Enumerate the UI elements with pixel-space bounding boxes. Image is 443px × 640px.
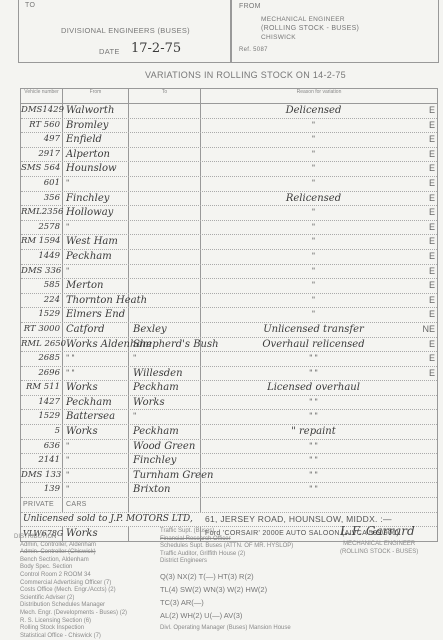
vehicle-number: 2696 <box>21 367 63 381</box>
from-cell: Peckham <box>63 396 129 410</box>
vehicle-number: 1427 <box>21 396 63 410</box>
from-cell: " " <box>63 367 129 381</box>
to-cell <box>129 206 201 220</box>
district-codes: Q(3) NX(2) T(—) HT(3) R(2)TL(4) SW(2) WN… <box>160 570 293 622</box>
to-cell: Peckham <box>129 381 201 395</box>
from-cell: Holloway <box>63 206 129 220</box>
table-row: 5WorksPeckham" repaint <box>21 425 437 440</box>
code-badge: E <box>429 119 435 133</box>
reason-text: " <box>201 250 426 264</box>
code-badge: E <box>429 294 435 308</box>
to-value: DIVISIONAL ENGINEERS (BUSES) <box>61 26 190 35</box>
code-badge: NE <box>422 323 435 337</box>
ref-number: Ref. 5087 <box>239 47 268 53</box>
reason-cell: "E <box>201 235 437 249</box>
to-label: TO <box>25 2 35 9</box>
table-row: 636"Wood Green" " <box>21 440 437 455</box>
signature-title-line-1: MECHANICAL ENGINEER <box>340 541 418 549</box>
reason-cell: " " <box>201 396 437 410</box>
table-row: 356FinchleyRelicensedE <box>21 192 437 207</box>
table-row: 224Thornton Heath"E <box>21 294 437 309</box>
vehicle-number: 356 <box>21 192 63 206</box>
code-badge: E <box>429 104 435 118</box>
from-cell: " " <box>63 352 129 366</box>
distribution-item: Control Room 2 ROOM 34 <box>20 572 127 580</box>
reason-cell: "E <box>201 206 437 220</box>
code-badge: E <box>429 352 435 366</box>
from-cell: " <box>63 454 129 468</box>
reason-text: " " <box>201 483 426 497</box>
table-row: 1529Elmers End"E <box>21 308 437 323</box>
to-cell: " <box>129 352 201 366</box>
code-badge: E <box>429 250 435 264</box>
col-reason: Reason for variation <box>201 89 437 103</box>
reason-text: " " <box>201 367 426 381</box>
table-row: DMS1429WalworthDelicensedE <box>21 104 437 119</box>
table-body: DMS1429WalworthDelicensedERT 560Bromley"… <box>21 104 437 498</box>
to-cell <box>129 148 201 162</box>
reason-cell: "E <box>201 162 437 176</box>
date-value: 17-2-75 <box>131 41 181 56</box>
table-row: RT 560Bromley"E <box>21 119 437 134</box>
table-row: 139"Brixton" " <box>21 483 437 498</box>
vehicle-number: RT 560 <box>21 119 63 133</box>
to-cell <box>129 221 201 235</box>
vehicle-number: 497 <box>21 133 63 147</box>
reason-text: " repaint <box>201 425 426 439</box>
table-row: 601""E <box>21 177 437 192</box>
to-cell <box>129 308 201 322</box>
vehicle-number: 585 <box>21 279 63 293</box>
vehicle-number: 1449 <box>21 250 63 264</box>
distribution-item: Traffic Supt. (Buses) <box>160 528 293 536</box>
to-cell: Turnham Green <box>129 469 201 483</box>
district-code-line: AL(2) WH(2) U(—) AV(3) <box>160 609 293 622</box>
from-cell: " <box>63 221 129 235</box>
reason-cell: Overhaul relicensedE <box>201 338 437 352</box>
code-badge: E <box>429 192 435 206</box>
distribution-item: Statistical Office - Chiswick (7) <box>20 633 127 640</box>
from-cell: Walworth <box>63 104 129 118</box>
reason-text: " <box>201 148 426 162</box>
code-badge: E <box>429 162 435 176</box>
distribution-item: Mech. Engr. (Developments - Buses) (2) <box>20 610 127 618</box>
reason-text: " <box>201 119 426 133</box>
reason-text: " <box>201 294 426 308</box>
vehicle-number: 5 <box>21 425 63 439</box>
to-cell <box>129 265 201 279</box>
from-cell: Merton <box>63 279 129 293</box>
reason-cell: " " <box>201 454 437 468</box>
vehicle-number: DMS 336 <box>21 265 63 279</box>
reason-text: Unlicensed transfer <box>201 323 426 337</box>
date-label: DATE <box>99 47 120 56</box>
from-line-3: CHISWICK <box>261 33 296 42</box>
cars-label: CARS <box>63 498 129 512</box>
vehicle-number: DMS 133 <box>21 469 63 483</box>
to-cell: Bexley <box>129 323 201 337</box>
to-cell: Brixton <box>129 483 201 497</box>
reason-text: " <box>201 177 426 191</box>
distribution-item: Commercial Advertising Officer (7) <box>20 580 127 588</box>
code-badge: E <box>429 265 435 279</box>
reason-text: " <box>201 133 426 147</box>
reason-text: Overhaul relicensed <box>201 338 426 352</box>
distribution-list: Admin, Controller, AldenhamAdmin. Contro… <box>14 542 127 640</box>
reason-cell: "E <box>201 148 437 162</box>
distribution-item: District Engineers <box>160 558 293 566</box>
reason-text: " <box>201 279 426 293</box>
reason-text: Delicensed <box>201 104 426 118</box>
signature-title-line-2: (ROLLING STOCK - BUSES) <box>340 549 418 557</box>
reason-text: " " <box>201 440 426 454</box>
sold-text: Unlicensed sold to J.P. MOTORS LTD, <box>23 513 193 527</box>
distribution-item: Bench Section, Aldenham <box>20 557 127 565</box>
vehicle-number: 1529 <box>21 308 63 322</box>
table-row: DMS 336""E <box>21 265 437 280</box>
reason-text: Licensed overhaul <box>201 381 426 395</box>
vehicle-number: 2141 <box>21 454 63 468</box>
reason-text: " <box>201 235 426 249</box>
table-row: 585Merton"E <box>21 279 437 294</box>
reason-cell: "E <box>201 250 437 264</box>
reason-text: " <box>201 221 426 235</box>
vehicle-number: 636 <box>21 440 63 454</box>
vehicle-number: 139 <box>21 483 63 497</box>
distribution-item: Admin. Controller (Chiswick) <box>20 549 127 557</box>
reason-cell: "E <box>201 308 437 322</box>
vehicle-number: 1529 <box>21 410 63 424</box>
from-cell: Elmers End <box>63 308 129 322</box>
distribution-item: R. S. Licensing Section (6) <box>20 618 127 626</box>
from-cell: Works <box>63 425 129 439</box>
code-badge: E <box>429 367 435 381</box>
from-cell: Bromley <box>63 119 129 133</box>
from-cell: " <box>63 177 129 191</box>
vehicle-number: RML 2650 <box>21 338 63 352</box>
table-row: 2917Alperton"E <box>21 148 437 163</box>
reason-text: " <box>201 265 426 279</box>
to-cell <box>129 177 201 191</box>
reason-text: " " <box>201 469 426 483</box>
from-cell: Hounslow <box>63 162 129 176</box>
from-label: FROM <box>239 3 261 10</box>
from-cell: Catford <box>63 323 129 337</box>
vehicle-number: RML2356 <box>21 206 63 220</box>
reason-cell: RelicensedE <box>201 192 437 206</box>
table-row: 497Enfield"E <box>21 133 437 148</box>
distribution-item: Schedules Supt. Buses (ATTN. OF MR. HYSL… <box>160 543 293 551</box>
vehicle-number: 2578 <box>21 221 63 235</box>
from-cell: Finchley <box>63 192 129 206</box>
to-cell <box>129 119 201 133</box>
code-badge: E <box>429 279 435 293</box>
table-row: SMS 564Hounslow"E <box>21 162 437 177</box>
distribution-item: Admin, Controller, Aldenham <box>20 542 127 550</box>
table-header: Vehicle number From To Reason for variat… <box>21 89 437 104</box>
district-code-line: TC(3) AR(—) <box>160 596 293 609</box>
distribution-item: Costs Office (Mech. Engr./Accts) (2) <box>20 587 127 595</box>
vehicle-number: DMS1429 <box>21 104 63 118</box>
from-cell: West Ham <box>63 235 129 249</box>
reason-text: " <box>201 206 426 220</box>
vehicle-number: 2685 <box>21 352 63 366</box>
to-cell: Finchley <box>129 454 201 468</box>
vehicle-number: 224 <box>21 294 63 308</box>
code-badge: E <box>429 221 435 235</box>
distribution-list-right: Traffic Supt. (Buses)Financial Research … <box>160 528 293 566</box>
table-row: 1427PeckhamWorks" " <box>21 396 437 411</box>
to-cell <box>129 133 201 147</box>
to-box: TO DIVISIONAL ENGINEERS (BUSES) DATE 17-… <box>18 0 232 63</box>
from-cell: " <box>63 469 129 483</box>
distribution-footer: Divl. Operating Manager (Buses) Mansion … <box>160 625 293 633</box>
code-badge: E <box>429 338 435 352</box>
table-row: DMS 133"Turnham Green" " <box>21 469 437 484</box>
from-cell: Works Aldenham <box>63 338 129 352</box>
from-cell: Works <box>63 381 129 395</box>
to-cell <box>129 162 201 176</box>
document-title: VARIATIONS IN ROLLING STOCK ON 14-2-75 <box>145 70 346 80</box>
to-cell: Works <box>129 396 201 410</box>
reason-cell: "E <box>201 119 437 133</box>
from-cell: Thornton Heath <box>63 294 129 308</box>
to-cell: " <box>129 410 201 424</box>
reason-cell: "E <box>201 294 437 308</box>
code-badge: E <box>429 148 435 162</box>
reason-text: " " <box>201 396 426 410</box>
reason-text: " " <box>201 454 426 468</box>
vehicle-number: 601 <box>21 177 63 191</box>
reason-cell: " " <box>201 483 437 497</box>
code-badge: E <box>429 133 435 147</box>
table-row: RM 1594West Ham"E <box>21 235 437 250</box>
from-cell: Enfield <box>63 133 129 147</box>
reason-cell: " repaint <box>201 425 437 439</box>
table-row: RML2356Holloway"E <box>21 206 437 221</box>
from-cell: " <box>63 483 129 497</box>
to-cell <box>129 192 201 206</box>
private-label: PRIVATE <box>21 498 63 512</box>
reason-cell: Licensed overhaul <box>201 381 437 395</box>
distribution-right: Traffic Supt. (Buses)Financial Research … <box>160 528 293 633</box>
to-cell: Shepherd's Bush <box>129 338 201 352</box>
table-row: 1449Peckham"E <box>21 250 437 265</box>
reason-cell: " " <box>201 469 437 483</box>
distribution-item: Body Spec. Section <box>20 564 127 572</box>
signature: L.F. Garrard <box>340 524 415 538</box>
distribution-item: Financial Research Officer <box>160 536 293 544</box>
reason-text: " <box>201 162 426 176</box>
reason-cell: Unlicensed transferNE <box>201 323 437 337</box>
reason-text: " <box>201 308 426 322</box>
col-to: To <box>129 89 201 103</box>
district-code-line: Q(3) NX(2) T(—) HT(3) R(2) <box>160 570 293 583</box>
from-cell: Alperton <box>63 148 129 162</box>
to-cell <box>129 294 201 308</box>
reason-cell: "E <box>201 221 437 235</box>
variations-table: Vehicle number From To Reason for variat… <box>20 88 438 542</box>
code-badge: E <box>429 308 435 322</box>
reason-cell: "E <box>201 279 437 293</box>
vehicle-number: RM 511 <box>21 381 63 395</box>
to-cell: Wood Green <box>129 440 201 454</box>
vehicle-number: RT 3000 <box>21 323 63 337</box>
distribution-item: Rolling Stock Inspection <box>20 625 127 633</box>
to-cell: Willesden <box>129 367 201 381</box>
from-cell: " <box>63 265 129 279</box>
reason-cell: "E <box>201 265 437 279</box>
table-row: 2685" """ "E <box>21 352 437 367</box>
table-row: RML 2650Works AldenhamShepherd's BushOve… <box>21 338 437 353</box>
from-cell: Battersea <box>63 410 129 424</box>
reason-cell: "E <box>201 133 437 147</box>
reason-cell: " "E <box>201 367 437 381</box>
vehicle-number: SMS 564 <box>21 162 63 176</box>
empty-cell <box>201 498 437 512</box>
table-row: 2578""E <box>21 221 437 236</box>
table-row: 1529Battersea"" " <box>21 410 437 425</box>
distribution-item: Traffic Auditor, Griffith House (2) <box>160 551 293 559</box>
to-cell <box>129 235 201 249</box>
table-row: RM 511WorksPeckhamLicensed overhaul <box>21 381 437 396</box>
distribution-item: Distribution Schedules Manager <box>20 602 127 610</box>
table-row: RT 3000CatfordBexleyUnlicensed transferN… <box>21 323 437 338</box>
code-badge: E <box>429 177 435 191</box>
to-cell <box>129 104 201 118</box>
to-cell: Peckham <box>129 425 201 439</box>
col-vehicle: Vehicle number <box>21 89 63 103</box>
code-badge: E <box>429 235 435 249</box>
from-line-1: MECHANICAL ENGINEER <box>261 15 345 24</box>
reason-cell: " " <box>201 410 437 424</box>
reason-cell: "E <box>201 177 437 191</box>
distribution-item: Scientific Adviser (2) <box>20 595 127 603</box>
vehicle-number: 2917 <box>21 148 63 162</box>
table-row: 2696" "Willesden" "E <box>21 367 437 382</box>
reason-text: Relicensed <box>201 192 426 206</box>
from-line-2: (ROLLING STOCK - BUSES) <box>261 24 359 33</box>
from-cell: Peckham <box>63 250 129 264</box>
to-cell <box>129 279 201 293</box>
private-cars-row: PRIVATE CARS <box>21 498 437 513</box>
col-from: From <box>63 89 129 103</box>
table-row: 2141"Finchley" " <box>21 454 437 469</box>
reason-text: " " <box>201 410 426 424</box>
reason-cell: DelicensedE <box>201 104 437 118</box>
empty-cell <box>129 498 201 512</box>
reason-cell: " "E <box>201 352 437 366</box>
distribution-left: DISTRIBUTION Admin, Controller, Aldenham… <box>14 534 127 640</box>
vehicle-number: RM 1594 <box>21 235 63 249</box>
from-box: FROM MECHANICAL ENGINEER (ROLLING STOCK … <box>230 0 439 63</box>
reason-cell: " " <box>201 440 437 454</box>
code-badge: E <box>429 206 435 220</box>
reason-text: " " <box>201 352 426 366</box>
signature-title: MECHANICAL ENGINEER (ROLLING STOCK - BUS… <box>340 541 418 556</box>
to-cell <box>129 250 201 264</box>
district-code-line: TL(4) SW(2) WN(3) W(2) HW(2) <box>160 583 293 596</box>
from-cell: " <box>63 440 129 454</box>
distribution-heading: DISTRIBUTION <box>14 534 127 542</box>
